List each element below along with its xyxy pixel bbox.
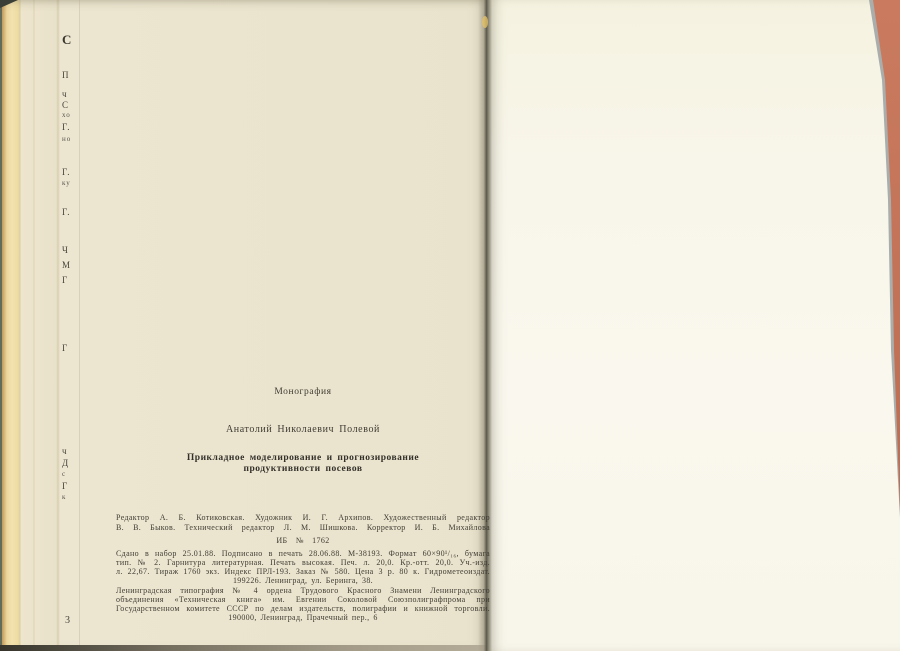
edge-letter: но — [62, 136, 71, 143]
imprint-line: Сдано в набор 25.01.88. Подписано в печа… — [116, 550, 490, 558]
printer-line: 190000, Ленинград, Прачечный пер., 6 — [116, 614, 490, 622]
book-title-line: Прикладное моделирование и прогнозирован… — [116, 454, 490, 464]
edge-letter: Г. — [62, 168, 70, 177]
credits-line: В. В. Быков. Технический редактор Л. М. … — [116, 524, 490, 532]
edge-letter: П — [62, 71, 70, 80]
credits-line: Редактор А. Б. Котиковская. Художник И. … — [116, 514, 490, 522]
author-name: Анатолий Николаевич Полевой — [116, 425, 490, 435]
imprint-line: тип. № 2. Гарнитура литературная. Печать… — [116, 559, 490, 567]
edge-letter: Д — [62, 459, 69, 468]
edge-letter: С — [62, 101, 69, 110]
edge-letter: Г. — [62, 123, 70, 132]
printer-line: Ленинградская типография № 4 ордена Труд… — [116, 587, 490, 595]
edge-letter: Ч — [62, 246, 69, 255]
genre-label: Монография — [116, 388, 490, 398]
colophon-block: Монография Анатолий Николаевич Полевой П… — [116, 0, 490, 651]
ib-number: ИБ № 1762 — [116, 537, 490, 545]
imprint-line: л. 22,67. Тираж 1760 экз. Индекс ПРЛ-193… — [116, 568, 490, 576]
book-title-line: продуктивности посевов — [116, 465, 490, 475]
printer-line: объединения «Техническая книга» им. Евге… — [116, 596, 490, 604]
edge-letter: ку — [62, 180, 71, 187]
book-spread: С П ч С хо Г. но Г. ку Г. Ч М Г Г ч Д с … — [0, 0, 900, 651]
edge-letter: С — [62, 33, 72, 46]
imprint-line: 199226. Ленинград, ул. Беринга, 38. — [116, 577, 490, 585]
edge-letter: ч — [62, 447, 68, 456]
edge-letter: с — [62, 471, 66, 478]
edge-letter: Г — [62, 344, 68, 353]
edge-letter: Г — [62, 276, 68, 285]
page-number: 3 — [65, 615, 70, 626]
page-crease — [79, 0, 80, 651]
edge-letter: ч — [62, 90, 68, 99]
printer-line: Государственном комитете СССР по делам и… — [116, 605, 490, 613]
right-page — [489, 0, 900, 651]
edge-letter: М — [62, 261, 71, 270]
edge-letter: Г — [62, 482, 68, 491]
edge-letter: к — [62, 494, 66, 501]
edge-letter: хо — [62, 112, 71, 119]
edge-letter: Г. — [62, 208, 70, 217]
